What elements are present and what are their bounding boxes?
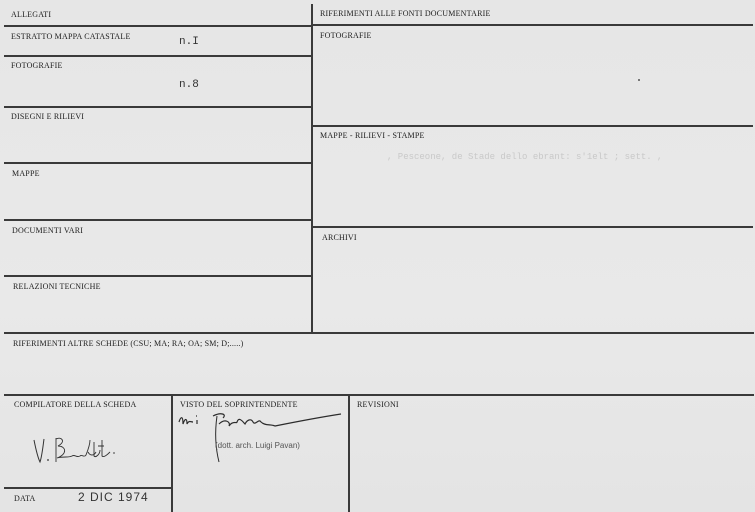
compiler-section: COMPILATORE DELLA SCHEDA xyxy=(4,396,171,486)
bleed-through-text: , Pesceone, de Stade dello ebrant: s'1el… xyxy=(387,152,662,162)
speck xyxy=(638,79,640,81)
superintendent-section: VISTO DEL SOPRINTENDENTE (dott. arch. Lu… xyxy=(173,396,348,512)
superintendent-signature xyxy=(175,410,345,470)
section-label: ARCHIVI xyxy=(322,233,357,242)
revisions-label: REVISIONI xyxy=(357,400,399,409)
section-label: FOTOGRAFIE xyxy=(320,31,372,40)
section-label: FOTOGRAFIE xyxy=(11,61,63,70)
allegati-header: ALLEGATI xyxy=(11,10,51,19)
section-relazioni-tecniche: RELAZIONI TECNICHE xyxy=(4,277,311,331)
section-label: DISEGNI E RILIEVI xyxy=(11,112,84,121)
date-section: DATA 2 DIC 1974 xyxy=(4,489,171,512)
revisions-section: REVISIONI xyxy=(350,396,754,512)
section-disegni-rilievi: DISEGNI E RILIEVI xyxy=(4,108,311,162)
section-label: RELAZIONI TECNICHE xyxy=(13,282,101,291)
section-label: MAPPE - RILIEVI - STAMPE xyxy=(320,131,425,140)
compiler-label: COMPILATORE DELLA SCHEDA xyxy=(14,400,136,409)
section-altre-schede: RIFERIMENTI ALTRE SCHEDE (CSU; MA; RA; O… xyxy=(4,334,754,392)
section-fonti-fotografie: FOTOGRAFIE xyxy=(313,26,753,124)
section-label: ESTRATTO MAPPA CATASTALE xyxy=(11,32,131,41)
section-value: n.I xyxy=(179,36,199,48)
catalog-card: ALLEGATI ESTRATTO MAPPA CATASTALE n.I FO… xyxy=(0,0,755,512)
superintendent-label: VISTO DEL SOPRINTENDENTE xyxy=(180,400,298,409)
date-label: DATA xyxy=(14,494,36,503)
section-value: n.8 xyxy=(179,79,199,91)
section-label: MAPPE xyxy=(12,169,40,178)
section-mappe: MAPPE xyxy=(4,164,311,218)
section-documenti-vari: DOCUMENTI VARI xyxy=(4,221,311,275)
section-label: RIFERIMENTI ALTRE SCHEDE (CSU; MA; RA; O… xyxy=(13,339,244,348)
section-mappe-rilievi-stampe: MAPPE - RILIEVI - STAMPE , Pesceone, de … xyxy=(313,127,753,225)
date-value: 2 DIC 1974 xyxy=(78,490,149,504)
section-estratto-mappa: ESTRATTO MAPPA CATASTALE n.I xyxy=(4,27,311,55)
section-fotografie: FOTOGRAFIE n.8 xyxy=(4,57,311,105)
compiler-signature xyxy=(30,436,120,466)
section-archivi: ARCHIVI xyxy=(313,228,753,331)
fonti-documentarie-header: RIFERIMENTI ALLE FONTI DOCUMENTARIE xyxy=(320,9,491,18)
superintendent-stamp: (dott. arch. Luigi Pavan) xyxy=(215,441,300,450)
section-label: DOCUMENTI VARI xyxy=(12,226,83,235)
